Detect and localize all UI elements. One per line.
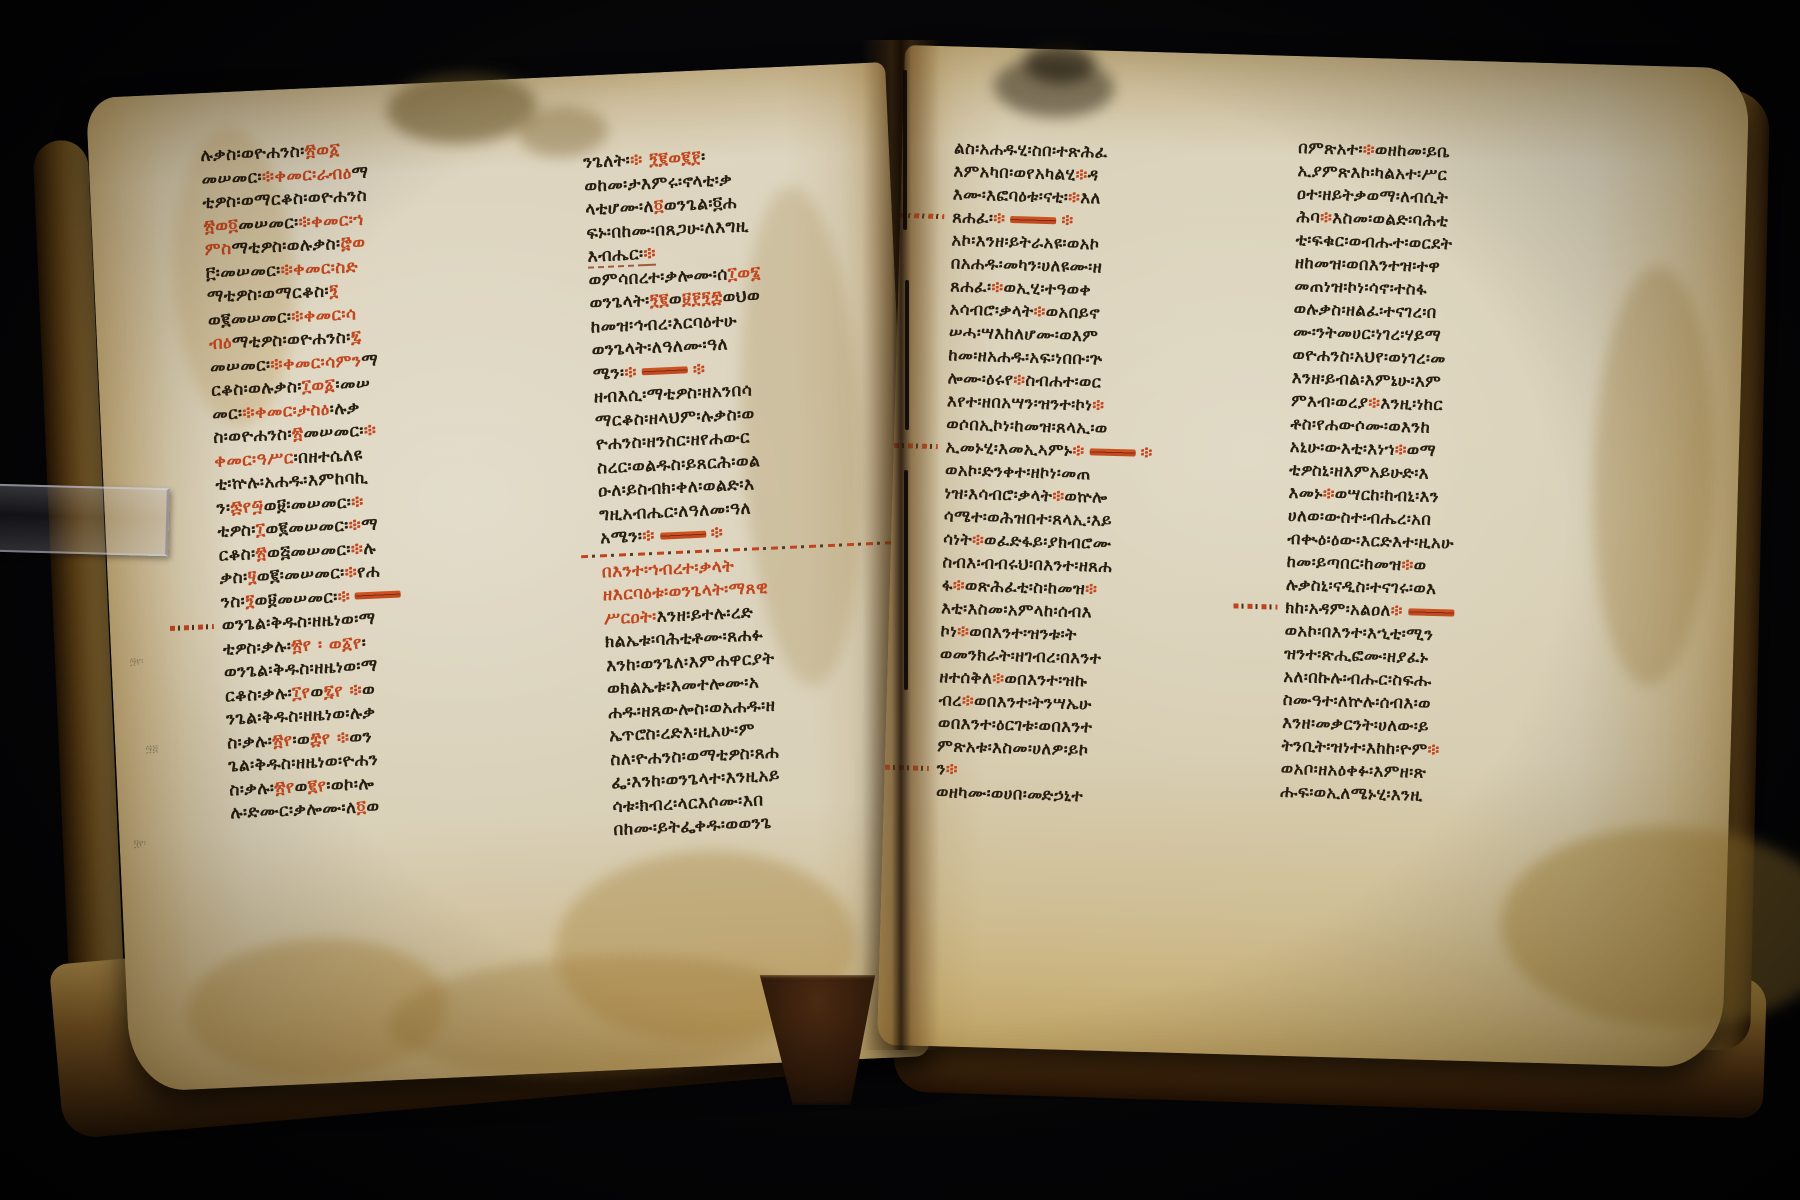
right-page: ልስ፡አሐዱሂ፡ስበ፡ተጽሕፈእምአካበ፡ወየአካልሂ፨ዳእሙ፡እፎባዕቱ፡ናቲ…: [877, 45, 1750, 1068]
pencil-margin-notes: ፵የ፡፵፭፶የ፡: [86, 62, 885, 98]
red-divider-bar: [660, 530, 706, 539]
pencil-note: ፵የ፡: [129, 656, 144, 668]
red-divider-bar: [1408, 608, 1454, 616]
dark-spot-stain: [1024, 42, 1095, 84]
stain: [184, 933, 450, 1085]
transparent-page-holder-strip: [0, 484, 170, 557]
red-divider-bar: [1090, 448, 1136, 456]
manuscript-photograph: ሉቃስ፡ወዮሐንስ፡፳ወ፩መሠመር፡፨ቀመር፡ራብዕማቲዎስ፡ወማርቆስ፡ወዮሐ…: [0, 0, 1800, 1200]
right-page-column-2: በምጽአተ፡፨ወዘከመ፡ይቤኢያምጽእኮ፡ካልአተ፡ሥርዐተ፡ዘይትቃወማ፡ለብ…: [1280, 136, 1628, 812]
pencil-note: ፵፭: [145, 744, 158, 756]
left-page-column-1: ሉቃስ፡ወዮሐንስ፡፳ወ፩መሠመር፡፨ቀመር፡ራብዕማቲዎስ፡ወማርቆስ፡ወዮሐ…: [200, 131, 553, 826]
red-divider-bar: [355, 591, 401, 600]
red-divider-bar: [642, 366, 688, 375]
red-divider-bar: [1010, 216, 1056, 224]
left-page: ሉቃስ፡ወዮሐንስ፡፳ወ፩መሠመር፡፨ቀመር፡ራብዕማቲዎስ፡ወማርቆስ፡ወዮሐ…: [86, 62, 930, 1092]
left-page-column-2: ንጌለት፡፨ ፺፪ወ፪፻፡ወከመ፡ታእምሩ፡ኖላቲ፡ቃላቲሆሙ፡ለ፬ወንጌል፡፬…: [583, 138, 920, 843]
right-page-column-1: ልስ፡አሐዱሂ፡ስበ፡ተጽሕፈእምአካበ፡ወየአካልሂ፨ዳእሙ፡እፎባዕቱ፡ናቲ…: [936, 136, 1274, 812]
dark-spot-stain: [993, 56, 1115, 119]
pencil-note: ፶የ፡: [133, 838, 146, 850]
